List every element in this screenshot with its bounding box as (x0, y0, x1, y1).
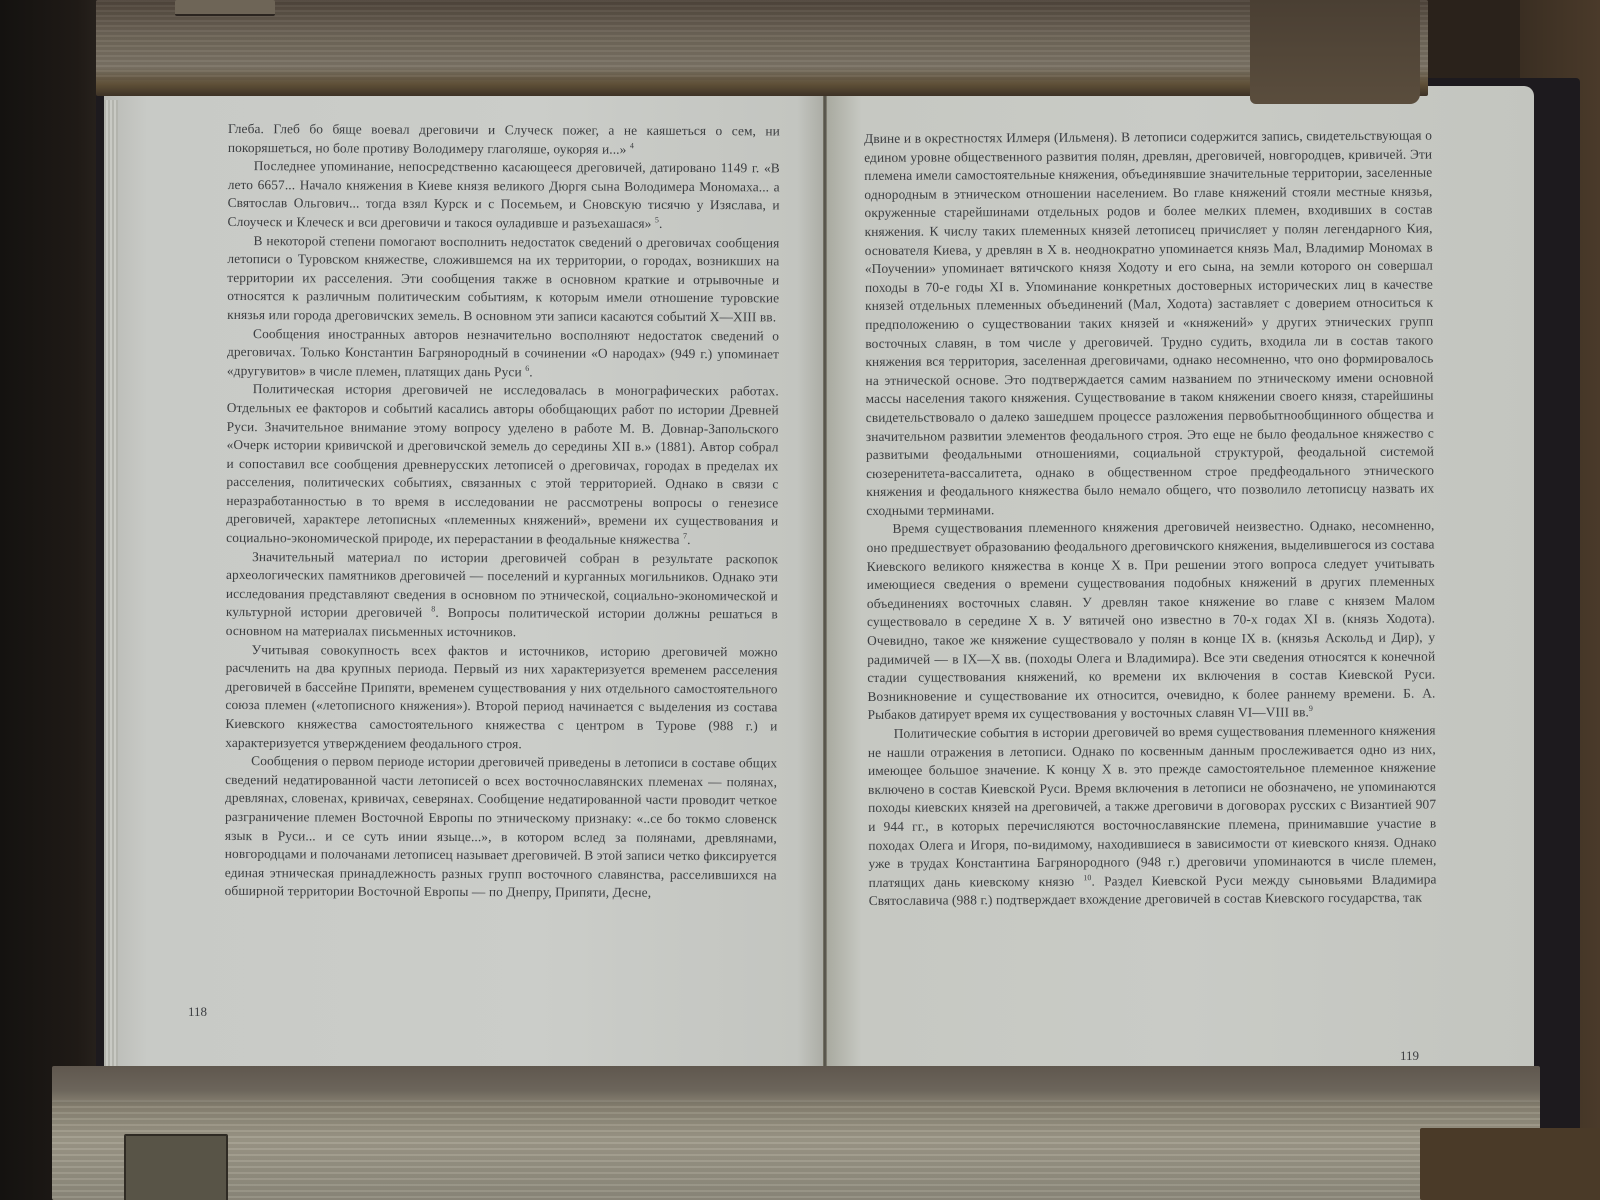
paragraph: Последнее упоминание, непосредственно ка… (228, 157, 780, 234)
top-left-wood-block (175, 0, 275, 16)
top-wood-grain (96, 0, 1428, 80)
bottom-right-table (1420, 1128, 1600, 1200)
paragraph-text: Двине и в окрестностях Илмеря (Ильменя).… (864, 128, 1434, 518)
paragraph-text: В некоторой степени помогают восполнить … (227, 233, 779, 325)
footnote-ref: 4 (630, 141, 634, 150)
footnote-ref: 9 (1309, 704, 1313, 713)
paragraph: Сообщения иностранных авторов незначител… (227, 325, 779, 383)
paragraph: Политическая история дреговичей не иссле… (226, 380, 779, 550)
page-number-left: 118 (188, 1004, 207, 1020)
paragraph-text: Глеба. Глеб бо бяще воевал дреговичи и С… (228, 121, 780, 156)
paragraph: Значительный материал по истории дрегови… (226, 548, 778, 643)
paragraph-text: Последнее упоминание, непосредственно ка… (228, 158, 780, 231)
paragraph: Сообщения о первом периоде истории дрего… (225, 752, 778, 903)
paragraph: В некоторой степени помогают восполнить … (227, 232, 779, 327)
footnote-ref: 6 (525, 364, 529, 373)
paragraph-text: Политические события в истории дреговиче… (868, 723, 1437, 890)
paragraph-text: Политическая история дреговичей не иссле… (226, 381, 779, 547)
page-number-right: 119 (1400, 1048, 1419, 1064)
bottom-clamp-notch (124, 1134, 228, 1200)
background-dark-left (0, 0, 110, 1200)
right-page-text: Двине и в окрестностях Илмеря (Ильменя).… (864, 127, 1437, 911)
book-gutter (823, 86, 827, 1136)
footnote-ref: 10 (1083, 873, 1091, 882)
left-page-text: Глеба. Глеб бо бяще воевал дреговичи и С… (225, 120, 780, 903)
left-page-edges (104, 100, 118, 1130)
paragraph: Учитывая совокупность всех фактов и исто… (225, 641, 777, 755)
top-right-wood-block (1250, 0, 1420, 104)
paragraph-text: Учитывая совокупность всех фактов и исто… (225, 642, 777, 751)
paragraph: Время существования племенного княжения … (866, 517, 1435, 725)
paragraph-text: Сообщения о первом периоде истории дрего… (225, 753, 778, 900)
paragraph-text: Сообщения иностранных авторов незначител… (227, 326, 779, 379)
footnote-ref: 5 (655, 215, 659, 224)
bottom-wood-grain (52, 1100, 1540, 1200)
footnote-ref: 7 (683, 532, 687, 541)
paragraph-text: Время существования племенного княжения … (867, 518, 1436, 722)
paragraph: Политические события в истории дреговиче… (868, 722, 1437, 911)
paragraph: Глеба. Глеб бо бяще воевал дреговичи и С… (228, 120, 780, 160)
paragraph: Двине и в окрестностях Илмеря (Ильменя).… (864, 127, 1434, 521)
